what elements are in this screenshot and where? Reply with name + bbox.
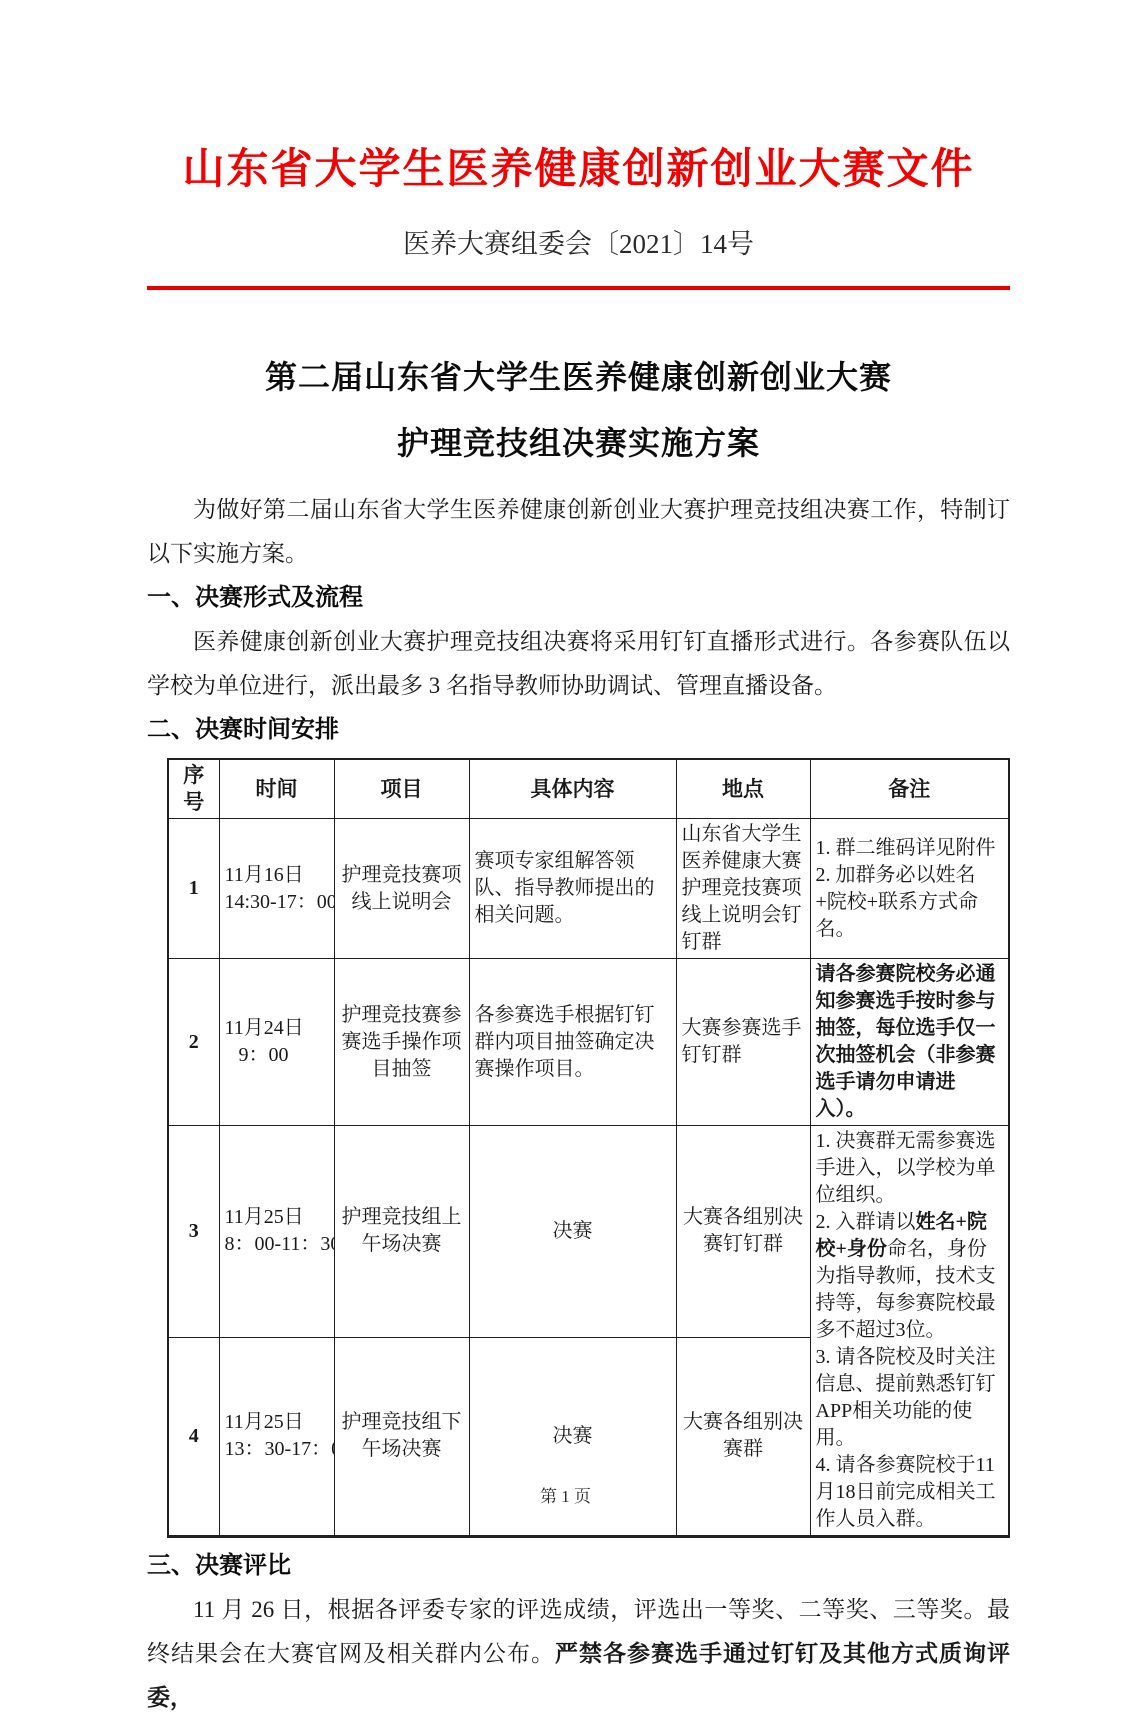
cell-location: 大赛各组别决赛钉钉群 bbox=[676, 1126, 810, 1338]
intro-paragraph: 为做好第二届山东省大学生医养健康创新创业大赛护理竞技组决赛工作，特制订以下实施方… bbox=[147, 488, 1010, 576]
document-title: 第二届山东省大学生医养健康创新创业大赛 护理竞技组决赛实施方案 bbox=[147, 344, 1010, 476]
cell-time-hours: 14:30-17：00 bbox=[225, 889, 329, 916]
cell-content: 赛项专家组解答领队、指导教师提出的相关问题。 bbox=[469, 819, 676, 959]
cell-notes-bold: 请各参赛院校务必通知参赛选手按时参与抽签，每位选手仅一次抽签机会（非参赛选手请勿… bbox=[810, 959, 1009, 1126]
cell-content: 决赛 bbox=[469, 1126, 676, 1338]
col-header-seq: 序号 bbox=[168, 759, 219, 819]
letterhead-rule bbox=[147, 286, 1010, 290]
document-page: 山东省大学生医养健康创新创业大赛文件 医养大赛组委会〔2021〕14号 第二届山… bbox=[0, 0, 1131, 1600]
section-1-body: 医养健康创新创业大赛护理竞技组决赛将采用钉钉直播形式进行。各参赛队伍以学校为单位… bbox=[147, 620, 1010, 708]
cell-time: 11月24日 9：00 bbox=[219, 959, 334, 1126]
cell-project: 护理竞技赛项线上说明会 bbox=[334, 819, 469, 959]
cell-time-date: 11月16日 bbox=[225, 862, 329, 889]
col-header-time: 时间 bbox=[219, 759, 334, 819]
cell-time-hours: 8：00-11：30 bbox=[225, 1231, 329, 1258]
col-header-location: 地点 bbox=[676, 759, 810, 819]
section-3-body: 11 月 26 日，根据各评委专家的评选成绩，评选出一等奖、二等奖、三等奖。最终… bbox=[147, 1588, 1010, 1720]
section-1-heading: 一、决赛形式及流程 bbox=[147, 576, 1010, 620]
cell-time: 11月25日 8：00-11：30 bbox=[219, 1126, 334, 1338]
cell-time-hours: 13：30-17：00 bbox=[225, 1436, 329, 1463]
table-row: 1 11月16日 14:30-17：00 护理竞技赛项线上说明会 赛项专家组解答… bbox=[168, 819, 1009, 959]
cell-time-date: 11月25日 bbox=[225, 1204, 329, 1231]
merged-note-item-2: 2. 入群请以姓名+院校+身份命名，身份为指导教师，技术支持等，每参赛院校最多不… bbox=[816, 1209, 1004, 1344]
table-row: 3 11月25日 8：00-11：30 护理竞技组上午场决赛 决赛 大赛各组别决… bbox=[168, 1126, 1009, 1338]
col-header-content: 具体内容 bbox=[469, 759, 676, 819]
document-title-line1: 第二届山东省大学生医养健康创新创业大赛 bbox=[147, 344, 1010, 410]
note-line-2: 2. 加群务必以姓名+院校+联系方式命名。 bbox=[816, 862, 1004, 943]
cell-location: 大赛参赛选手钉钉群 bbox=[676, 959, 810, 1126]
cell-location: 山东省大学生医养健康大赛护理竞技赛项线上说明会钉钉群 bbox=[676, 819, 810, 959]
cell-content: 各参赛选手根据钉钉群内项目抽签确定决赛操作项目。 bbox=[469, 959, 676, 1126]
page-number: 第 1 页 bbox=[0, 1482, 1131, 1507]
note-line-1: 1. 群二维码详见附件 bbox=[816, 835, 1004, 862]
cell-seq: 3 bbox=[168, 1126, 219, 1338]
section-2-heading: 二、决赛时间安排 bbox=[147, 708, 1010, 752]
cell-project: 护理竞技赛参赛选手操作项目抽签 bbox=[334, 959, 469, 1126]
cell-seq: 1 bbox=[168, 819, 219, 959]
cell-time-date: 11月24日 bbox=[225, 1015, 329, 1042]
cell-time-hours: 9：00 bbox=[225, 1042, 329, 1069]
schedule-table: 序号 时间 项目 具体内容 地点 备注 1 11月16日 14:30-17：00… bbox=[167, 758, 1010, 1538]
cell-project: 护理竞技组上午场决赛 bbox=[334, 1126, 469, 1338]
section-3-heading: 三、决赛评比 bbox=[147, 1544, 1010, 1588]
letterhead-title: 山东省大学生医养健康创新创业大赛文件 bbox=[147, 140, 1010, 198]
cell-time-date: 11月25日 bbox=[225, 1409, 329, 1436]
col-header-project: 项目 bbox=[334, 759, 469, 819]
schedule-header-row: 序号 时间 项目 具体内容 地点 备注 bbox=[168, 759, 1009, 819]
merged-note-item-1: 1. 决赛群无需参赛选手进入，以学校为单位组织。 bbox=[816, 1128, 1004, 1209]
cell-notes: 1. 群二维码详见附件 2. 加群务必以姓名+院校+联系方式命名。 bbox=[810, 819, 1009, 959]
cell-time: 11月16日 14:30-17：00 bbox=[219, 819, 334, 959]
table-row: 2 11月24日 9：00 护理竞技赛参赛选手操作项目抽签 各参赛选手根据钉钉群… bbox=[168, 959, 1009, 1126]
cell-seq: 2 bbox=[168, 959, 219, 1126]
doc-number: 医养大赛组委会〔2021〕14号 bbox=[147, 226, 1010, 262]
col-header-notes: 备注 bbox=[810, 759, 1009, 819]
merged-note-item-2-pre: 2. 入群请以 bbox=[816, 1211, 916, 1233]
document-title-line2: 护理竞技组决赛实施方案 bbox=[147, 410, 1010, 476]
merged-note-item-3: 3. 请各院校及时关注信息、提前熟悉钉钉APP相关功能的使用。 bbox=[816, 1344, 1004, 1452]
cell-notes-merged: 1. 决赛群无需参赛选手进入，以学校为单位组织。 2. 入群请以姓名+院校+身份… bbox=[810, 1126, 1009, 1537]
